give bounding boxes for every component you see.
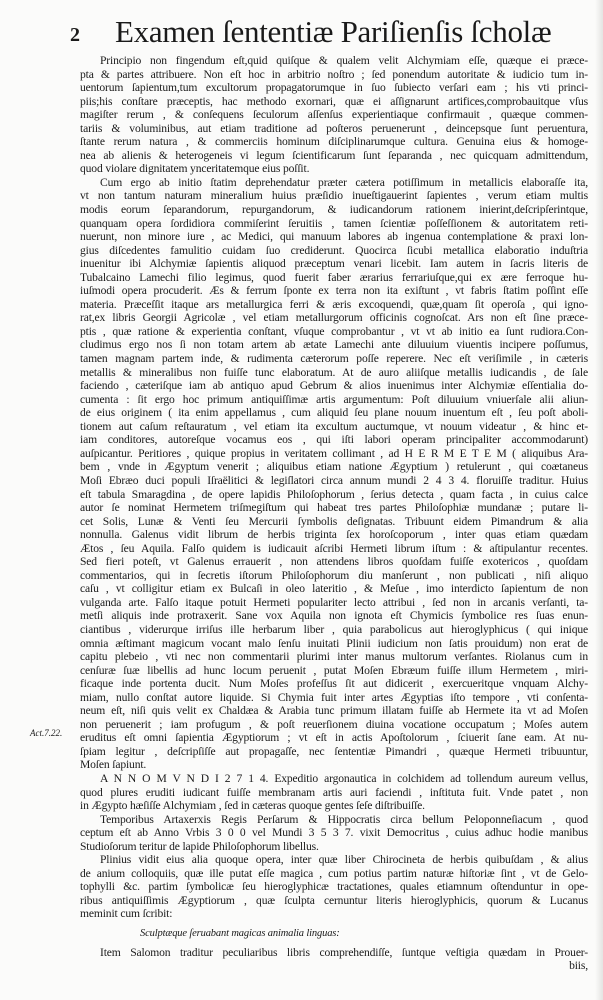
text-line: miam, nullo conſtat autore liquide. Si C… (80, 691, 588, 705)
text-line: biis, (80, 959, 588, 973)
text-line: Tubalcaino Lamechi filio legimus, quod f… (80, 271, 588, 285)
text-line: capitu plebeio , vti nec non commentarii… (80, 650, 588, 664)
text-line: A N N O M V N D I 2 7 1 4. Expeditio arg… (80, 772, 588, 786)
text-line: cenſuræ ſuæ libellis ad hunc locum perue… (80, 664, 588, 678)
text-line: quanquam opera ſordidiora commiſerint ſe… (80, 217, 588, 231)
text-line: Studioſorum teritur de lapide Philoſopho… (80, 840, 588, 854)
text-line: quod plures eruditi iudicant fuiſſe memb… (80, 786, 588, 800)
text-line: ficaque inde portenta ducit. Num Moſes p… (80, 677, 588, 691)
running-title: Examen ſententiæ Pariſienſis ſcholæ (115, 14, 551, 50)
text-line: Plinius vidit eius alia quoque opera, in… (80, 853, 588, 867)
text-line: ſtante rerum natura , & commerciis homin… (80, 135, 588, 149)
text-line: tamen magnam partem inde, & rudimenta cæ… (80, 352, 588, 366)
page-edge-shadow (595, 0, 603, 1000)
text-line: metallis & mineralibus non fuiſſe tunc e… (80, 366, 588, 380)
text-line: vulganda arte. Falſo itaque potuit Herme… (80, 596, 588, 610)
text-line: quod violare dignitatem ynceritatemque e… (80, 162, 588, 176)
text-line: rat,ex libris Georgii Agricolæ , vel eti… (80, 311, 588, 325)
text-line: modis eorum ſeparandorum, repurgandorum,… (80, 203, 588, 217)
text-line: non peruenerit ; iam profugum , & poſt r… (80, 718, 588, 732)
text-line: eruditus eſt omni ſapientia Ægyptiorum ;… (80, 731, 588, 745)
page-number: 2 (70, 24, 80, 47)
text-line: bem , vnde in Ægyptum venerit ; aliquibu… (80, 460, 588, 474)
text-line: ptis , quæ ratione & experientia conſtan… (80, 325, 588, 339)
text-line: Moſi Ebræo duci populi Iſraëlitici & leg… (80, 474, 588, 488)
text-line: ceptum eſt ab Anno Vrbis 3 0 0 vel Mundi… (80, 826, 588, 840)
text-line: metſi aliquis inde protraxerit. Sane vox… (80, 609, 588, 623)
text-line: cludimus ergo nos ſi non totam artem ab … (80, 338, 588, 352)
text-line: commentarios, qui in ſecretis iſtorum Ph… (80, 569, 588, 583)
text-line: materia. Præceſſit itaque ars metallurgi… (80, 298, 588, 312)
text-line: tionem aut caſum reſtauratum , vel etiam… (80, 420, 588, 434)
text-line: Item Salomon traditur peculiaribus libri… (80, 946, 588, 960)
text-line: iuſmodi opera procuderit. Æs & ferrum ſp… (80, 284, 588, 298)
text-line: meminit cum ſcribit: (80, 907, 588, 921)
text-line: inuenitur ibi Alchymiæ ſapientis aliquod… (80, 257, 588, 271)
text-line: in Ægypto hæſiſſe Alchymiam , ſed in cæt… (80, 799, 588, 813)
text-line: tophylli &c. partim ſymbolicæ ſeu hierog… (80, 880, 588, 894)
text-line: iam conditores, autoreſque vocamus eos ,… (80, 433, 588, 447)
text-line: piis;his conſtare præceptis, hac methodo… (80, 95, 588, 109)
text-line: cet Solis, Lunæ & Venti ſeu Mercurii ſym… (80, 515, 588, 529)
text-line: eſt tabula Smaragdina , de opere lapidis… (80, 488, 588, 502)
text-line: ciantibus , viderurque irriſus ille herb… (80, 623, 588, 637)
text-line: omnia æſtimant magicum vocant malo ſenſu… (80, 637, 588, 651)
text-line: neum eſt, niſi quis velit ex Chaldæa & A… (80, 704, 588, 718)
text-line: cumenta : ſit ergo hoc primum antiquiſſi… (80, 393, 588, 407)
text-line: Sed fieri poteſt, vt Galenus errauerit ,… (80, 555, 588, 569)
text-line: gius diſcedentes famulitio cuidam ſuo cr… (80, 244, 588, 258)
text-line: Ætos , ſeu Aquila. Falſo quidem is iudic… (80, 542, 588, 556)
text-line: pta & partes attribuere. Non eſt hoc in … (80, 68, 588, 82)
body-text: Principio non fingendum eſt,quid quiſque… (80, 54, 588, 973)
text-line: vt non tantum naturam mineralium huius p… (80, 189, 588, 203)
text-line: faciendo , cæteriſque iam ab antiquo apu… (80, 379, 588, 393)
text-line: Cum ergo ab initio ſtatim deprehendatur … (80, 176, 588, 190)
text-line: caſu , vt colligitur etiam ex Bulcaſi in… (80, 582, 588, 596)
text-line: uentorum ſapientum,tum excultorum propag… (80, 81, 588, 95)
text-line: de anium colloquiis, quæ ille putat eſſe… (80, 867, 588, 881)
text-line: autor ſe nominat Hermetem triſmegiſtum q… (80, 501, 588, 515)
text-line: nuerunt, non minore iure , ac Medici, qu… (80, 230, 588, 244)
text-line: ſpiam legitur , deſcripſiſſe aut propaga… (80, 745, 588, 759)
margin-note-citation: Act.7.22. (30, 728, 62, 738)
verse-quotation: Sculptæque ſeruabant magicas animalia li… (80, 927, 588, 941)
text-line: nea ab alienis & heterogeneis vi legum ſ… (80, 149, 588, 163)
page-header: 2 Examen ſententiæ Pariſienſis ſcholæ (70, 14, 540, 54)
text-line: de eius originem ( ita enim appellamus ,… (80, 406, 588, 420)
text-line: Temporibus Artaxerxis Regis Perſarum & H… (80, 813, 588, 827)
text-line: nonnulla. Galenus vidit librum de herbis… (80, 528, 588, 542)
text-line: auſpicantur. Peritiores , quique propius… (80, 447, 588, 461)
text-line: Principio non fingendum eſt,quid quiſque… (80, 54, 588, 68)
text-line: tariis & voluminibus, aut etiam traditio… (80, 122, 588, 136)
text-line: Moſen ſapiunt. (80, 758, 588, 772)
text-line: magiſter rerum , & conſequens ſeculorum … (80, 108, 588, 122)
text-line: ribus antiquiſſimis Ægyptiorum , quæ ſcu… (80, 894, 588, 908)
